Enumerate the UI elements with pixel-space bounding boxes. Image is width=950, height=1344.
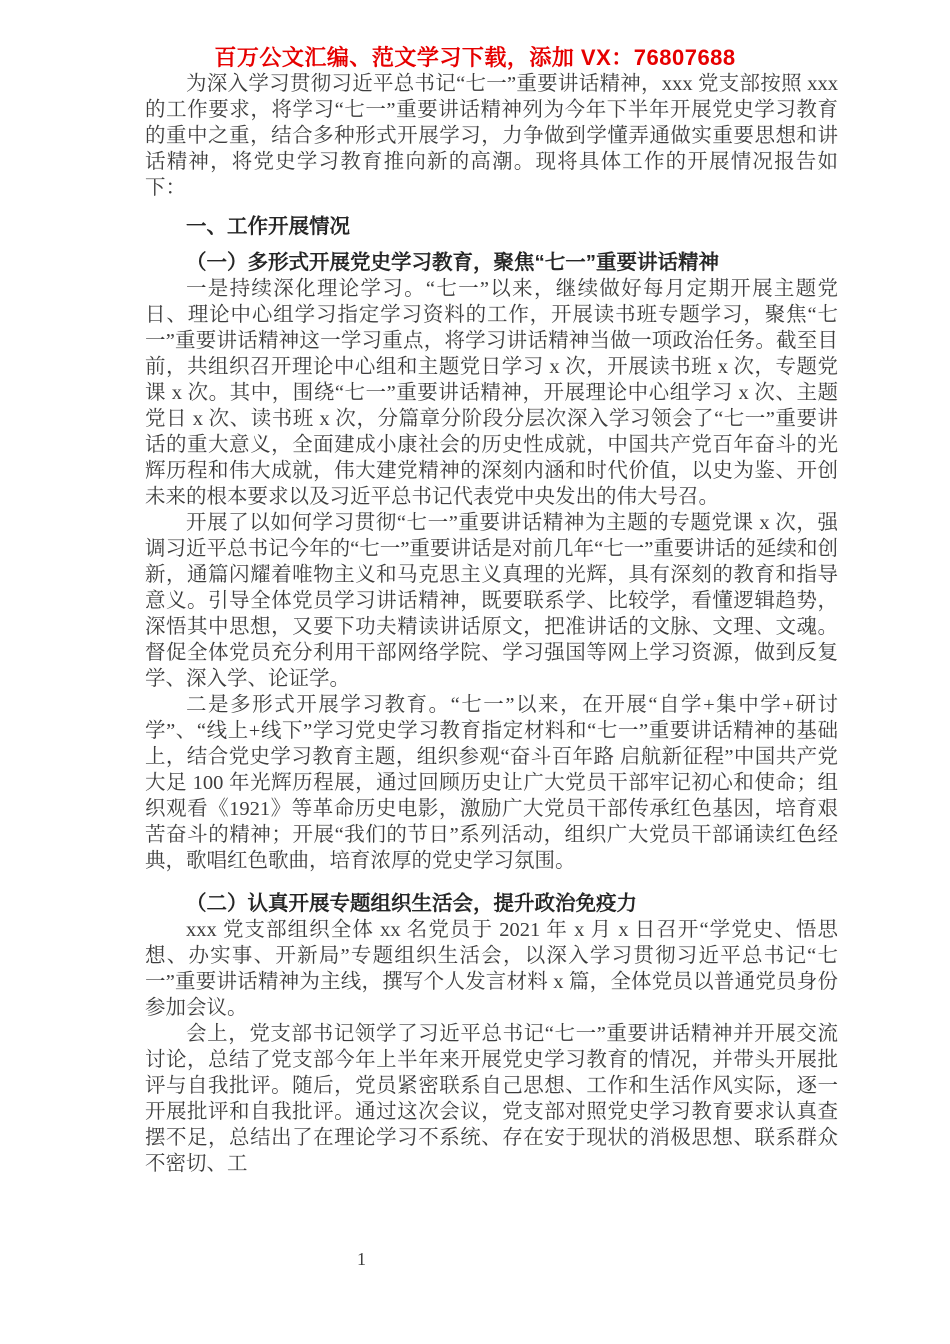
body-paragraph: 会上，党支部书记领学了习近平总书记“七一”重要讲话精神并开展交流讨论，总结了党支… — [145, 1021, 838, 1177]
section-heading-1: 一、工作开展情况 — [145, 214, 838, 240]
body-paragraph: 二是多形式开展学习教育。“七一”以来，在开展“自学+集中学+研讨学”、“线上+线… — [145, 692, 838, 874]
subsection-heading-2: （二）认真开展专题组织生活会，提升政治免疫力 — [145, 891, 838, 917]
intro-paragraph: 为深入学习贯彻习近平总书记“七一”重要讲话精神，xxx 党支部按照 xxx 的工… — [145, 71, 838, 201]
subsection-heading-1: （一）多形式开展党史学习教育，聚焦“七一”重要讲话精神 — [145, 250, 838, 276]
body-paragraph: xxx 党支部组织全体 xx 名党员于 2021 年 x 月 x 日召开“学党史… — [145, 917, 838, 1021]
page-number: 1 — [357, 1248, 366, 1270]
ad-banner-text: 百万公文汇编、范文学习下载，添加 VX：76807688 — [0, 44, 950, 71]
document-body: 为深入学习贯彻习近平总书记“七一”重要讲话精神，xxx 党支部按照 xxx 的工… — [145, 71, 838, 1177]
body-paragraph: 开展了以如何学习贯彻“七一”重要讲话精神为主题的专题党课 x 次，强调习近平总书… — [145, 510, 838, 692]
document-page: 百万公文汇编、范文学习下载，添加 VX：76807688 为深入学习贯彻习近平总… — [0, 0, 950, 1344]
body-paragraph: 一是持续深化理论学习。“七一”以来，继续做好每月定期开展主题党日、理论中心组学习… — [145, 276, 838, 510]
